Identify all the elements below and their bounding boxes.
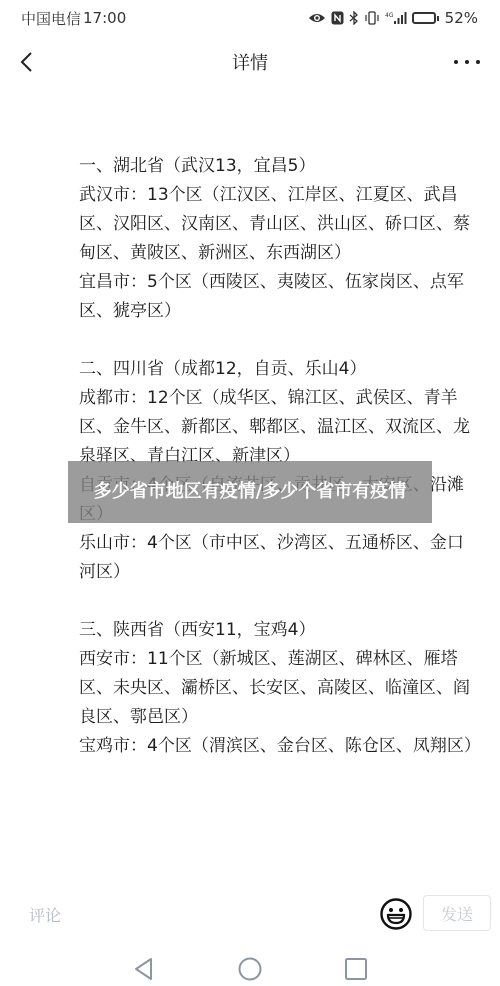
- square-recent-icon: [343, 956, 369, 982]
- city-paragraph: 武汉市：13个区（江汉区、江岸区、江夏区、武昌区、汉阳区、汉南区、青山区、洪山区…: [79, 181, 479, 268]
- svg-text:4G: 4G: [385, 12, 394, 19]
- chevron-left-icon: [19, 51, 33, 73]
- system-recent-button[interactable]: [343, 956, 369, 982]
- section-heading: 一、湖北省（武汉13，宜昌5）: [79, 152, 479, 181]
- back-button[interactable]: [14, 48, 38, 76]
- clock: 17:00: [83, 9, 126, 27]
- status-bar: 中国电信 17:00 4G 52%: [0, 0, 500, 36]
- section-heading: 二、四川省（成都12，自贡、乐山4）: [79, 355, 479, 384]
- more-dot: [465, 60, 469, 64]
- comment-input[interactable]: 评论: [29, 903, 61, 926]
- bluetooth-icon: [349, 11, 359, 25]
- emoji-button[interactable]: [379, 897, 413, 931]
- comment-bar: 评论 发送: [0, 893, 500, 937]
- page-title: 详情: [232, 49, 268, 75]
- vibrate-icon: [364, 11, 380, 25]
- more-button[interactable]: [454, 52, 480, 72]
- more-dots-icon: [454, 60, 458, 64]
- city-paragraph: 西安市：11个区（新城区、莲湖区、碑林区、雁塔区、未央区、灞桥区、长安区、高陵区…: [79, 645, 479, 732]
- section-hubei: 一、湖北省（武汉13，宜昌5） 武汉市：13个区（江汉区、江岸区、江夏区、武昌区…: [79, 152, 479, 326]
- top-nav-bar: 详情: [0, 40, 500, 84]
- more-dot: [476, 60, 480, 64]
- overlay-title-banner: 多少省市地区有疫情/多少个省市有疫情: [68, 461, 432, 523]
- eye-icon: [308, 12, 326, 24]
- carrier-name: 中国电信: [21, 8, 81, 29]
- section-heading: 三、陕西省（西安11，宝鸡4）: [79, 616, 479, 645]
- system-back-button[interactable]: [131, 956, 157, 982]
- section-shaanxi: 三、陕西省（西安11，宝鸡4） 西安市：11个区（新城区、莲湖区、碑林区、雁塔区…: [79, 616, 479, 761]
- battery-percent: 52%: [445, 9, 478, 27]
- system-home-button[interactable]: [237, 956, 263, 982]
- city-paragraph: 宝鸡市：4个区（渭滨区、金台区、陈仓区、凤翔区）: [79, 732, 479, 761]
- nfc-icon: [331, 11, 344, 25]
- city-paragraph: 成都市：12个区（成华区、锦江区、武侯区、青羊区、金牛区、新都区、郫都区、温江区…: [79, 384, 479, 471]
- signal-4g-icon: 4G: [385, 11, 407, 25]
- status-left: 中国电信 17:00: [21, 8, 126, 29]
- city-paragraph: 宜昌市：5个区（西陵区、夷陵区、伍家岗区、点军区、猇亭区）: [79, 268, 479, 326]
- overlay-title: 多少省市地区有疫情/多少个省市有疫情: [94, 480, 407, 504]
- system-nav-bar: [0, 950, 500, 986]
- smiley-icon: [379, 897, 413, 931]
- status-icons: 4G 52%: [308, 9, 478, 27]
- send-button[interactable]: 发送: [423, 895, 491, 931]
- battery-icon: [412, 12, 436, 24]
- circle-home-icon: [237, 956, 263, 982]
- triangle-back-icon: [131, 956, 157, 982]
- city-paragraph: 乐山市：4个区（市中区、沙湾区、五通桥区、金口河区）: [79, 529, 479, 587]
